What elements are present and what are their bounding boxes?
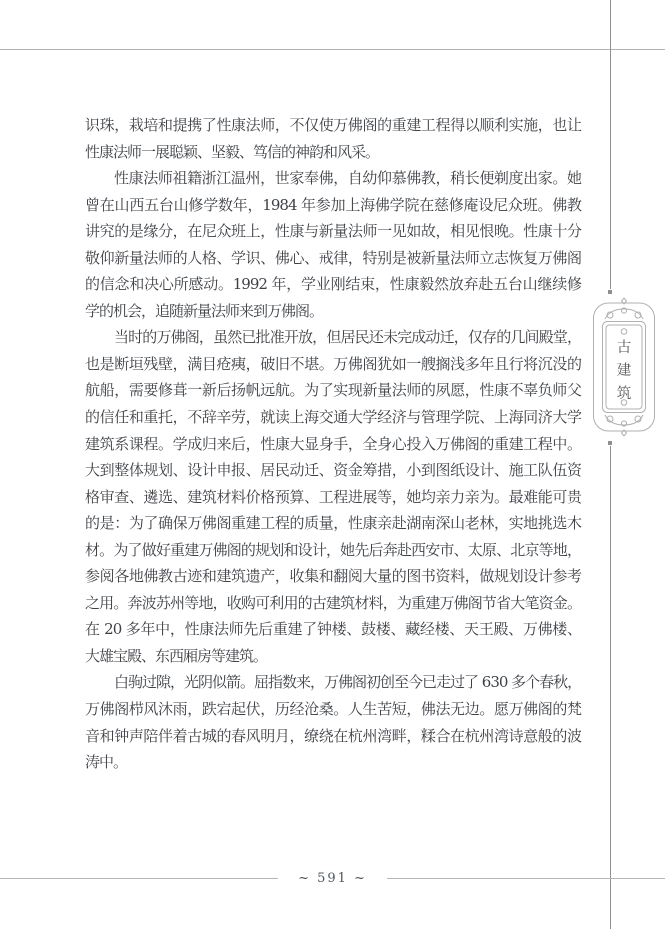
text-line: 的是：为了确保万佛阁重建工程的质量，性康亲赴湖南深山老林，实地挑选木	[85, 510, 581, 537]
margin-rule-lower	[610, 446, 611, 929]
text-line: 之用。奔波苏州等地，收购可利用的古建筑材料，为重建万佛阁节省大笔资金。	[85, 590, 581, 617]
margin-rule-upper	[610, 0, 611, 289]
text-line: 白驹过隙，光阴似箭。屈指数来，万佛阁初创至今已走过了 630 多个春秋，	[85, 669, 581, 696]
text-line: 大到整体规划、设计申报、居民动迁、资金筹措，小到图纸设计、施工队伍资	[85, 457, 581, 484]
page-footer: ~ 591 ~	[0, 870, 665, 887]
text-line: 识珠，栽培和提携了性康法师，不仅使万佛阁的重建工程得以顺利实施，也让	[85, 112, 581, 139]
chapter-char-2: 建	[617, 362, 632, 379]
text-line: 的信任和重托，不辞辛劳，就读上海交通大学经济与管理学院、上海同济大学	[85, 404, 581, 431]
text-line: 性康法师一展聪颖、坚毅、笃信的神韵和风采。	[85, 139, 581, 166]
text-line: 当时的万佛阁，虽然已批准开放，但居民还未完成动迁，仅存的几间殿堂，	[85, 324, 581, 351]
text-line: 参阅各地佛教古迹和建筑遗产，收集和翻阅大量的图书资料，做规划设计参考	[85, 563, 581, 590]
text-line: 航船，需要修葺一新后扬帆远航。为了实现新量法师的夙愿，性康不辜负师父	[85, 377, 581, 404]
body-text-block: 识珠，栽培和提携了性康法师，不仅使万佛阁的重建工程得以顺利实施，也让 性康法师一…	[85, 112, 581, 776]
footer-rule-left	[0, 878, 278, 879]
text-line: 讲究的是缘分，在尼众班上，性康与新量法师一见如故，相见恨晚。性康十分	[85, 218, 581, 245]
text-line: 涛中。	[85, 749, 581, 776]
margin-rule-dot-upper	[608, 290, 612, 294]
header-rule	[0, 49, 665, 50]
text-line: 也是断垣残壁，满目疮痍，破旧不堪。万佛阁犹如一艘搁浅多年且行将沉没的	[85, 351, 581, 378]
text-line: 性康法师祖籍浙江温州，世家奉佛，自幼仰慕佛教，稍长便剃度出家。她	[85, 165, 581, 192]
text-line: 大雄宝殿、东西厢房等建筑。	[85, 643, 581, 670]
text-line: 曾在山西五台山修学数年，1984 年参加上海佛学院在慈修庵设尼众班。佛教	[85, 192, 581, 219]
chapter-char-3: 筑	[617, 385, 632, 402]
chapter-tab-cartouche: 古 建 筑	[591, 296, 657, 438]
text-line: 在 20 多年中，性康法师先后重建了钟楼、鼓楼、藏经楼、天王殿、万佛楼、	[85, 616, 581, 643]
footer-rule-right	[387, 878, 665, 879]
chapter-char-1: 古	[617, 339, 632, 356]
margin-rule-dot-lower	[608, 441, 612, 445]
text-line: 学的机会，追随新量法师来到万佛阁。	[85, 298, 581, 325]
text-line: 的信念和决心所感动。1992 年，学业刚结束，性康毅然放弃赴五台山继续修	[85, 271, 581, 298]
text-line: 敬仰新量法师的人格、学识、佛心、戒律，特别是被新量法师立志恢复万佛阁	[85, 245, 581, 272]
page-number: ~ 591 ~	[278, 870, 387, 887]
text-line: 格审查、遴选、建筑材料价格预算、工程进展等，她均亲力亲为。最难能可贵	[85, 484, 581, 511]
text-line: 建筑系课程。学成归来后，性康大显身手，全身心投入万佛阁的重建工程中。	[85, 431, 581, 458]
text-line: 万佛阁栉风沐雨，跌宕起伏，历经沧桑。人生苦短，佛法无边。愿万佛阁的梵	[85, 696, 581, 723]
text-line: 材。为了做好重建万佛阁的规划和设计，她先后奔赴西安市、太原、北京等地，	[85, 537, 581, 564]
text-line: 音和钟声陪伴着古城的春风明月，缭绕在杭州湾畔，糅合在杭州湾诗意般的波	[85, 723, 581, 750]
book-page: 古 建 筑 识珠，栽培和提携了性康法师，不仅使万佛阁的重建工程得以顺利实施，也让…	[0, 0, 665, 929]
chapter-tab-title: 古 建 筑	[617, 339, 632, 402]
